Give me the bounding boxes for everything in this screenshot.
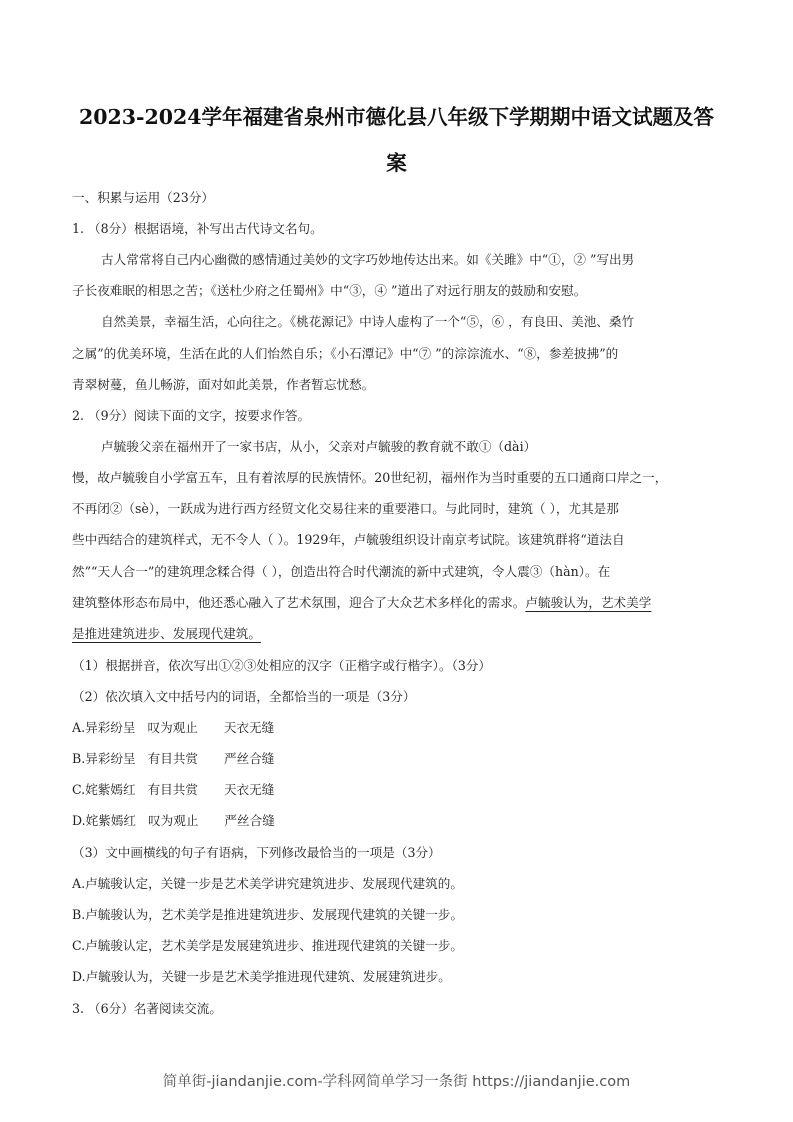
option-word-2: 叹为观止 bbox=[147, 720, 197, 735]
question-1-header: 1. （8分）根据语境，补写出古代诗文名句。 bbox=[72, 218, 323, 237]
sub3-option-d: D.卢毓骏认为，关键一步是艺术美学推进现代建筑、发展建筑进步。 bbox=[72, 966, 451, 985]
section-heading: 一、积累与运用（23分） bbox=[72, 187, 214, 206]
sub3-option-c: C.卢毓骏认定，艺术美学是发展建筑进步、推进现代建筑的关键一步。 bbox=[72, 935, 463, 954]
option-word-1: 姹紫嫣红 bbox=[86, 813, 136, 828]
q2-passage-line6: 建筑整体形态布局中，他还悉心融入了艺术氛围，迎合了大众艺术多样化的需求。卢毓骏认… bbox=[72, 592, 651, 611]
underlined-sentence-part2: 是推进建筑进步、发展现代建筑。 bbox=[72, 623, 261, 642]
q2-passage-line4: 些中西结合的建筑样式，无不令人（ ）。1929年，卢毓骏组织设计南京考试院。该建… bbox=[72, 529, 625, 548]
question-3-header: 3. （6分）名著阅读交流。 bbox=[72, 998, 222, 1017]
sub3-option-a: A.卢毓骏认定，关键一步是艺术美学讲究建筑进步、发展现代建筑的。 bbox=[72, 873, 463, 892]
q2-passage-line2: 慢，故卢毓骏自小学富五车，且有着浓厚的民族情怀。20世纪初，福州作为当时重要的五… bbox=[72, 467, 667, 486]
sub2-option-d: D.姹紫嫣红叹为观止严丝合缝 bbox=[72, 810, 275, 829]
q2-subquestion-2: （2）依次填入文中括号内的词语，全都恰当的一项是（3分） bbox=[72, 686, 415, 705]
q2-passage-line5: 然”“天人合一”的建筑理念糅合得（ ），创造出符合时代潮流的新中式建筑，令人震③… bbox=[72, 561, 610, 580]
sub2-option-b: B.异彩纷呈有目共赏严丝合缝 bbox=[72, 748, 274, 767]
option-word-3: 天衣无缝 bbox=[224, 720, 274, 735]
option-word-3: 天衣无缝 bbox=[224, 782, 274, 797]
option-word-2: 叹为观止 bbox=[148, 813, 198, 828]
question-2-header: 2. （9分）阅读下面的文字，按要求作答。 bbox=[72, 405, 310, 424]
option-word-3: 严丝合缝 bbox=[224, 813, 274, 828]
option-word-1: 异彩纷呈 bbox=[85, 751, 135, 766]
document-title-line2: 案 bbox=[60, 146, 733, 176]
sub2-option-c: C.姹紫嫣红有目共赏天衣无缝 bbox=[72, 779, 274, 798]
option-word-1: 异彩纷呈 bbox=[85, 720, 135, 735]
option-word-1: 姹紫嫣红 bbox=[85, 782, 135, 797]
option-label: C. bbox=[72, 782, 85, 797]
q1-paragraph2-line3: 青翠树蔓，鱼儿畅游，面对如此美景，作者暂忘忧愁。 bbox=[72, 374, 374, 393]
footer-watermark: 简单街-jiandanjie.com-学科网简单学习一条街 https://ji… bbox=[0, 1070, 793, 1091]
sub2-option-a: A.异彩纷呈叹为观止天衣无缝 bbox=[72, 717, 274, 736]
option-label: A. bbox=[72, 720, 85, 735]
sub3-option-b: B.卢毓骏认为，艺术美学是推进建筑进步、发展现代建筑的关键一步。 bbox=[72, 904, 463, 923]
q2-passage-line3: 不再闭②（sè），一跃成为进行西方经贸文化交易往来的重要港口。与此同时，建筑（ … bbox=[72, 498, 619, 517]
option-word-2: 有目共赏 bbox=[148, 782, 198, 797]
document-title-line1: 2023-2024学年福建省泉州市德化县八年级下学期期中语文试题及答 bbox=[60, 100, 733, 130]
underlined-sentence-part1: 卢毓骏认为，艺术美学 bbox=[525, 595, 651, 610]
option-word-3: 严丝合缝 bbox=[224, 751, 274, 766]
option-label: D. bbox=[72, 813, 86, 828]
q1-paragraph2-line1: 自然美景，幸福生活，心向往之。《桃花源记》中诗人虚构了一个“⑤，⑥ ，有良田、美… bbox=[101, 311, 634, 330]
q2-subquestion-3: （3）文中画横线的句子有语病，下列修改最恰当的一项是（3分） bbox=[72, 842, 441, 861]
option-word-2: 有目共赏 bbox=[148, 751, 198, 766]
option-label: B. bbox=[72, 751, 85, 766]
q1-paragraph1-line2: 子长夜难眠的相思之苦；《送杜少府之任蜀州》中“③，④ ”道出了对远行朋友的鼓励和… bbox=[72, 280, 586, 299]
q2-passage-line6-plain: 建筑整体形态布局中，他还悉心融入了艺术氛围，迎合了大众艺术多样化的需求。 bbox=[72, 595, 525, 610]
q2-subquestion-1: （1）根据拼音，依次写出①②③处相应的汉字（正楷字或行楷字）。（3分） bbox=[72, 655, 491, 674]
q2-passage-line1: 卢毓骏父亲在福州开了一家书店，从小，父亲对卢毓骏的教育就不敢①（dài） bbox=[101, 436, 536, 455]
q1-paragraph2-line2: 之属”的优美环境，生活在此的人们怡然自乐；《小石潭记》中“⑦ ”的淙淙流水、“⑧… bbox=[72, 343, 618, 362]
q1-paragraph1-line1: 古人常常将自己内心幽微的感情通过美妙的文字巧妙地传达出来。如《关雎》中“①，② … bbox=[101, 249, 634, 268]
